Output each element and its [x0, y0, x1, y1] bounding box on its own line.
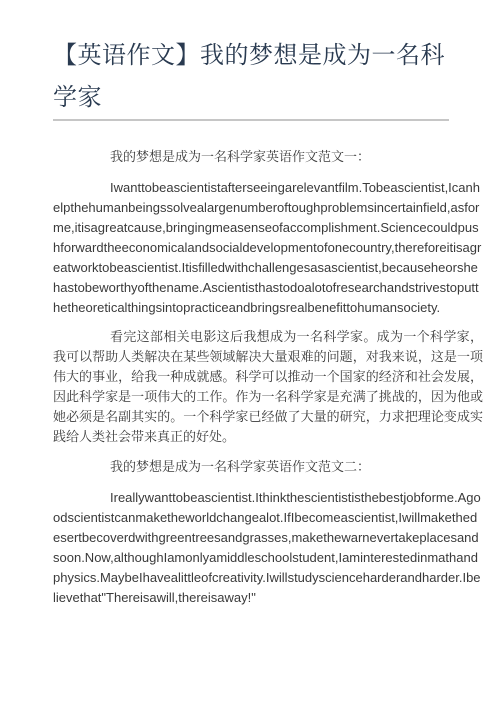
chinese-translation-paragraph: 看完这部相关电影这后我想成为一名科学家。成为一个科学家，我可以帮助人类解决在某些…: [53, 328, 483, 448]
english-paragraph-essay-1: Iwanttobeascientistafterseeingarelevantf…: [53, 178, 483, 318]
document-page: 【英语作文】我的梦想是成为一名科学家 我的梦想是成为一名科学家英语作文范文一： …: [0, 0, 500, 707]
english-paragraph-essay-2: Ireallywanttobeascientist.Ithinkthescien…: [53, 488, 483, 608]
title-block: 【英语作文】我的梦想是成为一名科学家: [53, 34, 449, 121]
section-heading-essay-1: 我的梦想是成为一名科学家英语作文范文一：: [53, 148, 483, 168]
page-title: 【英语作文】我的梦想是成为一名科学家: [53, 34, 449, 118]
section-heading-essay-2: 我的梦想是成为一名科学家英语作文范文二：: [53, 458, 483, 478]
document-body: 我的梦想是成为一名科学家英语作文范文一： Iwanttobeascientist…: [53, 148, 483, 608]
